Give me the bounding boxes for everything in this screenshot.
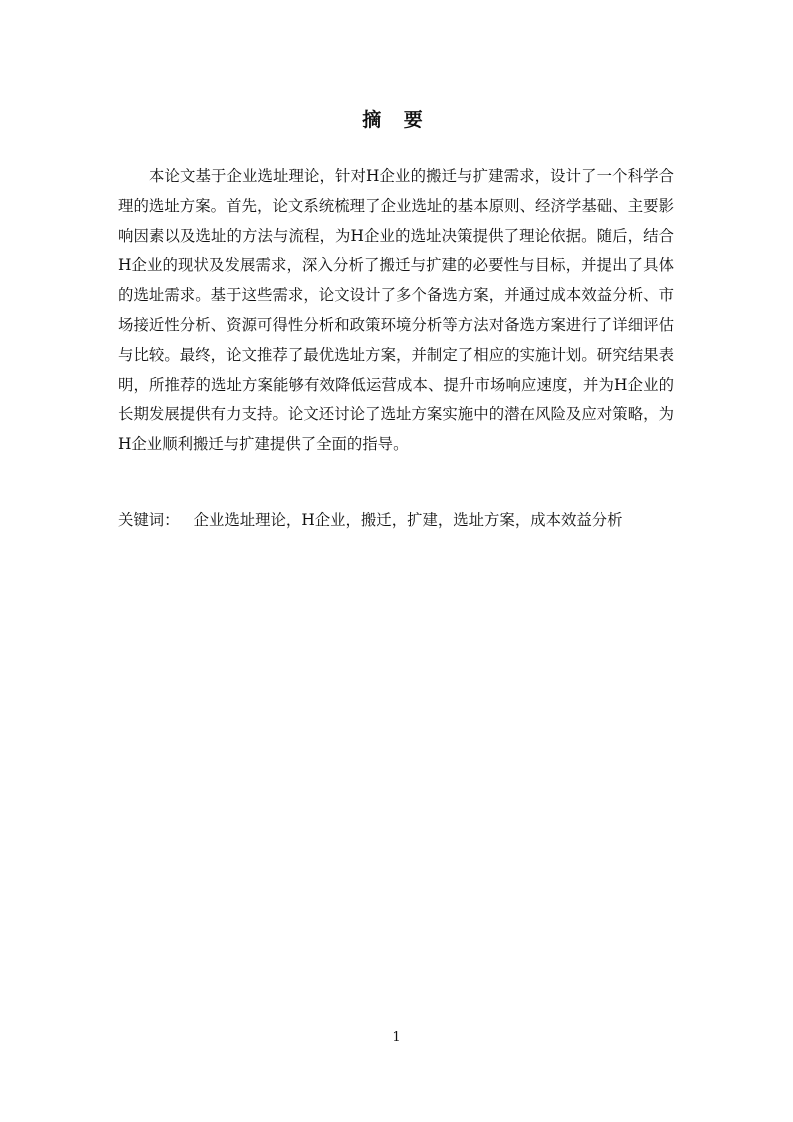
abstract-body: 本论文基于企业选址理论，针对H企业的搬迁与扩建需求，设计了一个科学合理的选址方案… bbox=[118, 162, 674, 460]
abstract-title: 摘 要 bbox=[0, 105, 793, 132]
keywords-list: 企业选址理论，H企业，搬迁，扩建，选址方案，成本效益分析 bbox=[194, 511, 623, 529]
keywords-line: 关键词：企业选址理论，H企业，搬迁，扩建，选址方案，成本效益分析 bbox=[118, 506, 674, 536]
page-number: 1 bbox=[0, 1030, 793, 1045]
keywords-label: 关键词： bbox=[118, 511, 180, 529]
